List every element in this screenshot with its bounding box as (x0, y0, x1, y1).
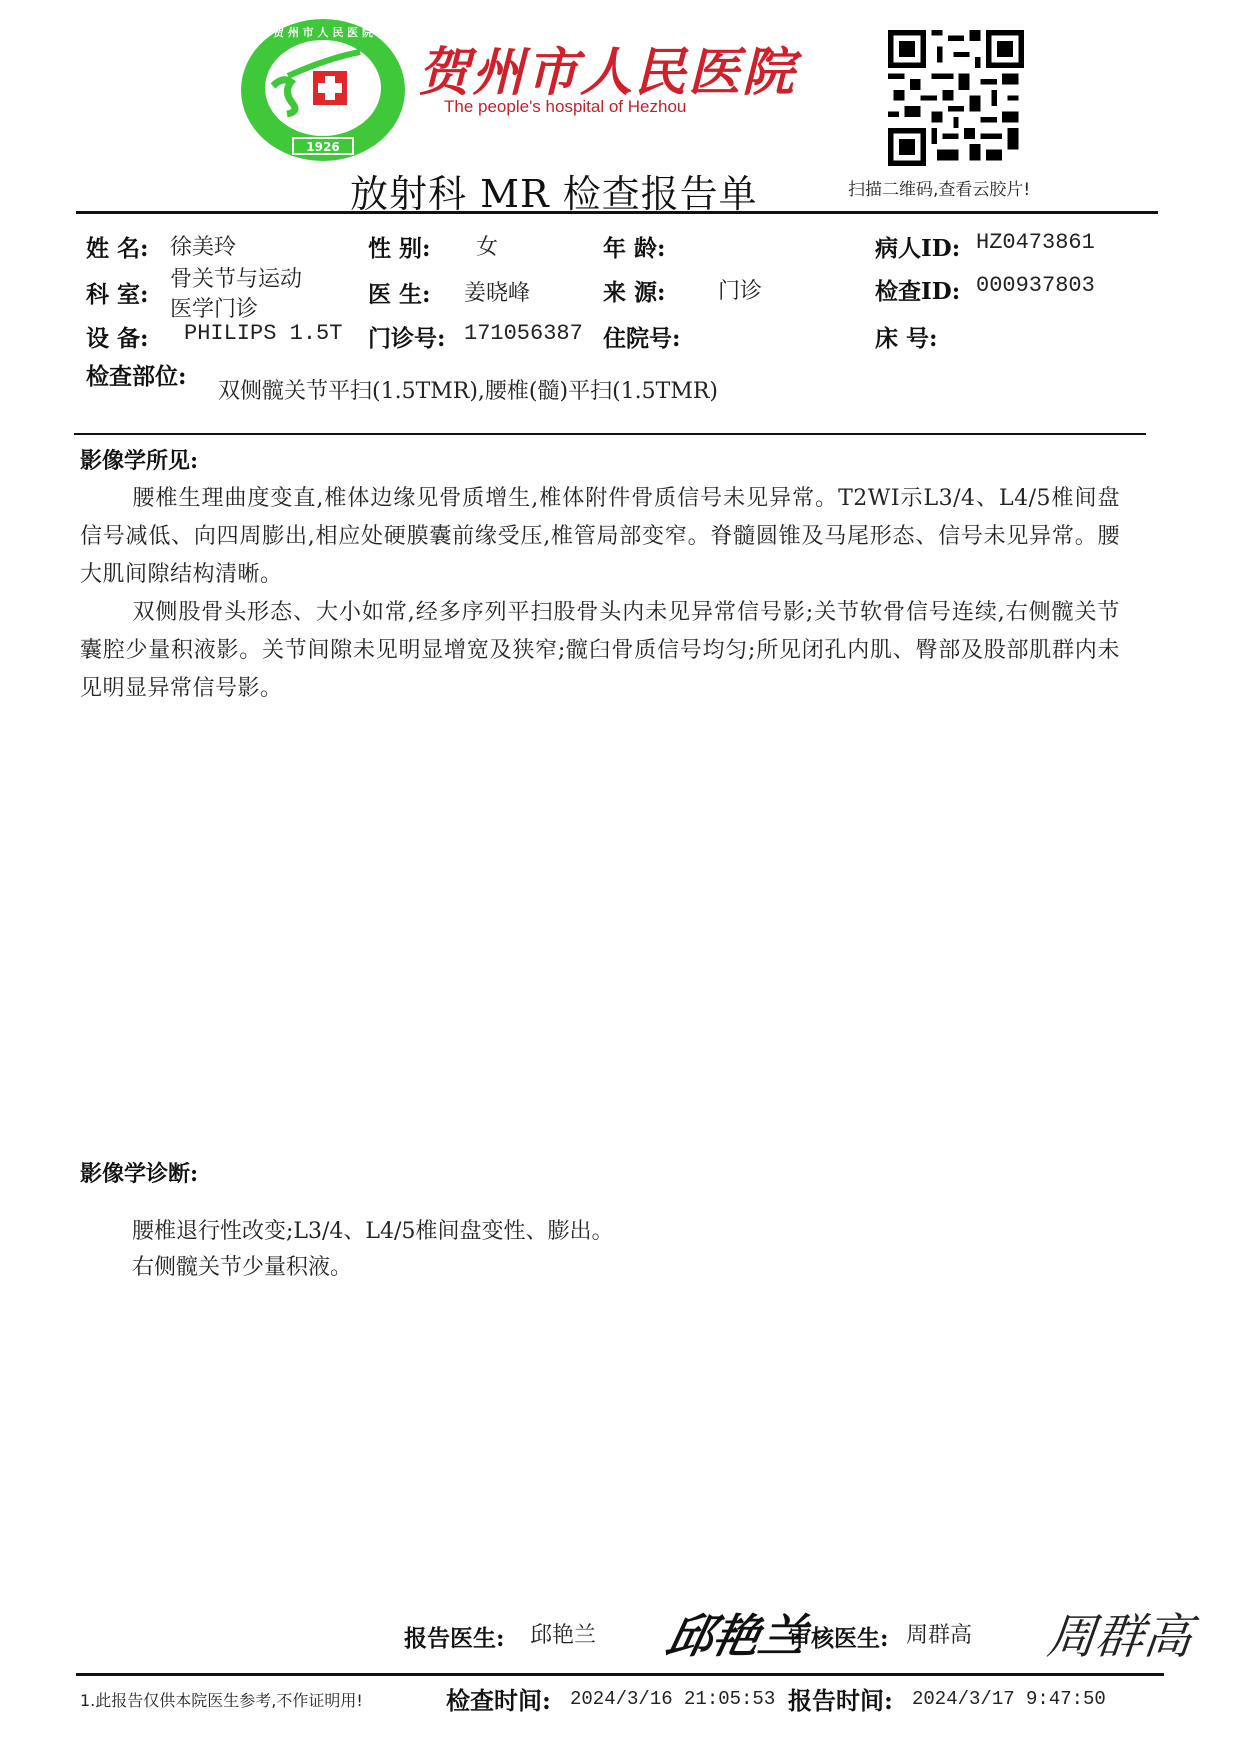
exam-id-label: 检查ID: (875, 273, 960, 306)
review-doctor-signature: 周群高 (1044, 1598, 1195, 1667)
patient-name: 徐美玲 (170, 230, 236, 261)
svg-text:贺 州 市 人 民 医 院: 贺 州 市 人 民 医 院 (273, 25, 373, 39)
diagnosis-line-1: 腰椎退行性改变;L3/4、L4/5椎间盘变性、膨出。 (132, 1214, 613, 1245)
report-time-label: 报告时间: (788, 1681, 893, 1716)
qr-code[interactable] (888, 30, 1024, 166)
dept-line2: 医学门诊 (170, 292, 258, 323)
exam-id: 000937803 (976, 273, 1095, 298)
findings-text-2: 双侧股骨头形态、大小如常,经多序列平扫股骨头内未见异常信号影;关节软骨信号连续,… (80, 600, 1120, 701)
report-doctor: 邱艳兰 (530, 1618, 596, 1649)
report-time: 2024/3/17 9:47:50 (912, 1688, 1106, 1710)
report-doctor-label: 报告医生: (404, 1620, 505, 1653)
patient-sex: 女 (476, 230, 498, 261)
hospital-emblem-logo: 1926 贺 州 市 人 民 医 院 (238, 16, 408, 164)
svg-text:1926: 1926 (306, 140, 339, 154)
review-doctor-label: 审核医生: (788, 1620, 889, 1653)
device-label: 设 备: (86, 320, 149, 353)
findings-paragraph-2: 双侧股骨头形态、大小如常,经多序列平扫股骨头内未见异常信号影;关节软骨信号连续,… (80, 594, 1120, 708)
doctor-label: 医 生: (368, 276, 431, 309)
header-divider (76, 211, 1158, 214)
inpatient-no-label: 住院号: (603, 320, 681, 353)
exam-time-label: 检查时间: (446, 1681, 551, 1716)
exam-part: 双侧髋关节平扫(1.5TMR),腰椎(髓)平扫(1.5TMR) (218, 374, 718, 405)
patient-id: HZ0473861 (976, 230, 1095, 255)
dept-line1: 骨关节与运动 (170, 262, 302, 293)
review-doctor: 周群高 (906, 1618, 972, 1649)
source-label: 来 源: (603, 274, 666, 307)
diagnosis-heading: 影像学诊断: (80, 1157, 198, 1188)
diagnosis-line-2: 右侧髋关节少量积液。 (132, 1250, 352, 1281)
referring-doctor: 姜晓峰 (464, 276, 530, 307)
hospital-name-en: The people's hospital of Hezhou (444, 97, 686, 117)
info-divider (74, 433, 1146, 435)
bed-label: 床 号: (875, 320, 938, 353)
patient-source: 门诊 (718, 274, 762, 305)
qr-code-icon (888, 30, 1024, 166)
age-label: 年 龄: (603, 230, 666, 263)
sex-label: 性 别: (368, 230, 431, 263)
disclaimer-note: 1.此报告仅供本院医生参考,不作证明用! (80, 1688, 363, 1711)
outpatient-no-label: 门诊号: (368, 320, 446, 353)
findings-heading: 影像学所见: (80, 444, 198, 475)
findings-paragraph-1: 腰椎生理曲度变直,椎体边缘见骨质增生,椎体附件骨质信号未见异常。T2WI示L3/… (80, 480, 1120, 594)
report-title: 放射科 MR 检查报告单 (350, 163, 758, 218)
qr-caption: 扫描二维码,查看云胶片! (848, 175, 1030, 200)
outpatient-no: 171056387 (464, 321, 583, 346)
hospital-name-cn: 贺州市人民医院 (418, 30, 796, 105)
patient-id-label: 病人ID: (875, 230, 960, 263)
footer-divider (76, 1673, 1164, 1676)
findings-text-1: 腰椎生理曲度变直,椎体边缘见骨质增生,椎体附件骨质信号未见异常。T2WI示L3/… (80, 486, 1120, 587)
dept-label: 科 室: (86, 276, 149, 309)
name-label: 姓 名: (86, 230, 149, 263)
exam-time: 2024/3/16 21:05:53 (570, 1688, 775, 1710)
device: PHILIPS 1.5T (184, 321, 342, 346)
emblem-icon: 1926 贺 州 市 人 民 医 院 (238, 16, 408, 164)
exam-part-label: 检查部位: (86, 358, 187, 391)
